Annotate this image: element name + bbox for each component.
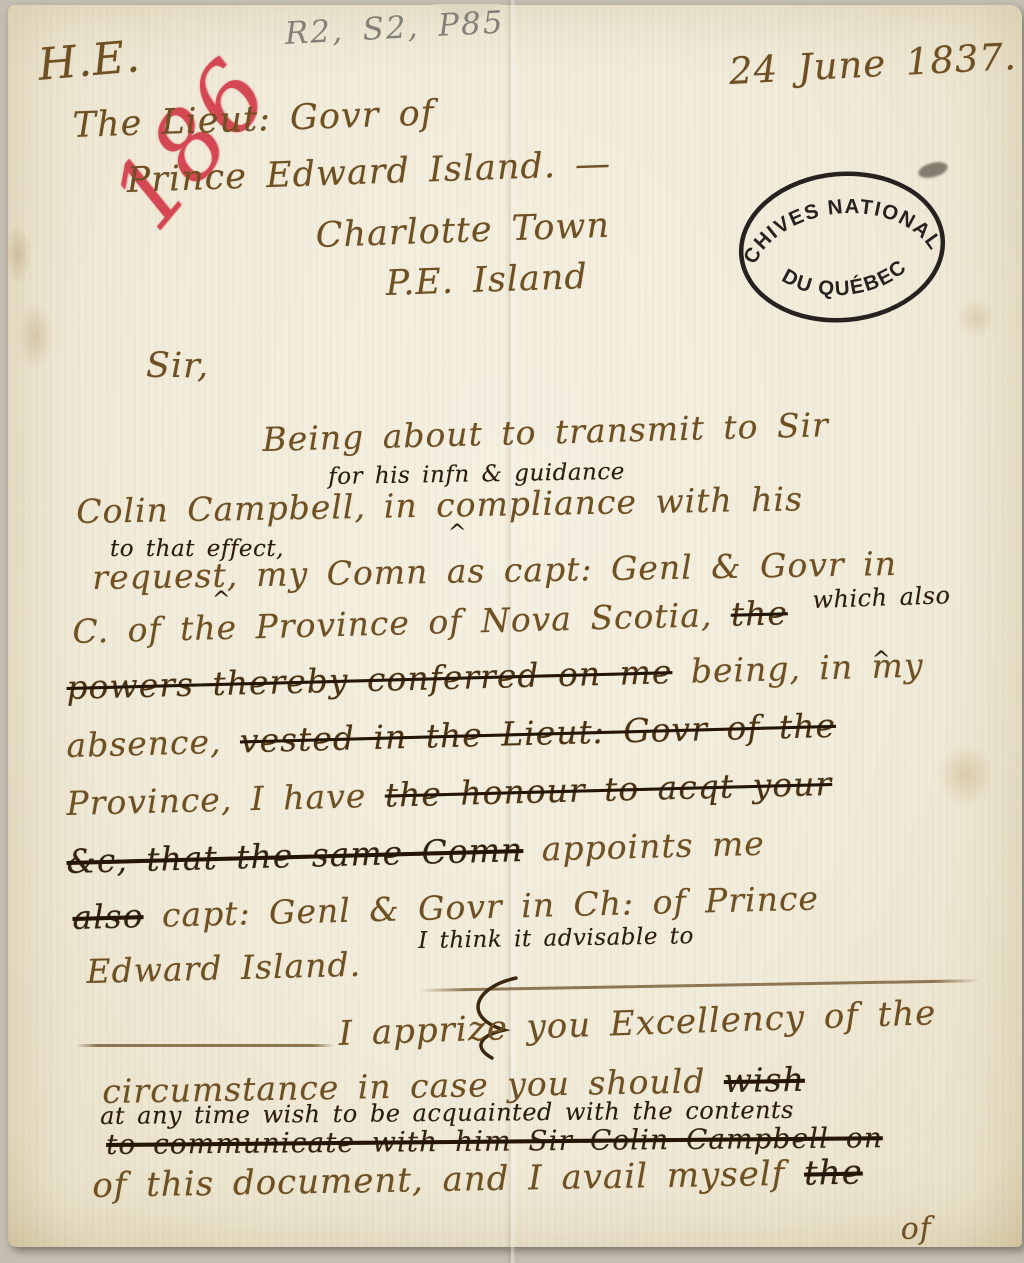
line-text: my Comn as capt: Genl & Govr in (256, 544, 897, 594)
manuscript-line: Being about to transmit to Sir (262, 405, 829, 459)
archival-pencil-reference: R2, S2, P85 (284, 4, 505, 51)
manuscript-line: &c, that the same Comn appoints me (66, 824, 765, 881)
manuscript-line: Colin Campbell,in compliance with his (76, 479, 803, 531)
manuscript-line: C. of the Province of Nova Scotia, the (72, 593, 788, 651)
address-line: Charlotte Town (315, 206, 611, 256)
line-text: being, in my (672, 646, 924, 692)
line-text: absence, (66, 721, 240, 765)
letter-date: 24 June 1837. (728, 35, 1018, 93)
struck-text: the (804, 1153, 863, 1194)
struck-text: the (730, 593, 788, 633)
line-text: C. of the Province of Nova Scotia, (72, 595, 731, 651)
line-text: in compliance with his (384, 479, 804, 525)
caret-mark: ^ (448, 521, 467, 546)
sender-initials: H.E. (36, 31, 143, 91)
line-text: Province, I have (66, 776, 385, 823)
interline-insertion: I think it advisable to (418, 923, 694, 954)
manuscript-line: absence, vested in the Lieut: Govr of th… (66, 706, 836, 765)
struck-text: also (72, 896, 144, 937)
manuscript-line: of this document, and I avail myself the (92, 1153, 863, 1206)
line-text: Colin Campbell, (76, 487, 366, 531)
interline-insertion: which also (812, 581, 951, 614)
line-text: Being about to transmit to Sir (262, 405, 829, 459)
salutation: Sir, (146, 346, 209, 386)
manuscript-line: Province, I have the honour to acqt your (66, 764, 833, 823)
line-text: appoints me (523, 824, 766, 869)
struck-text: powers thereby conferred on me (66, 652, 673, 707)
struck-text: vested in the Lieut: Govr of the (239, 706, 836, 761)
struck-text: the honour to acqt your (384, 764, 832, 815)
stamp-text-bottom: DU QUÉBEC (777, 254, 914, 306)
manuscript-line: I apprize you Excellency of the (338, 993, 937, 1054)
archives-stamp-oval: ARCHIVES NATIONALES DU QUÉBEC (726, 156, 957, 338)
line-text: I apprize you Excellency of the (338, 993, 937, 1054)
address-line: The Lieut: Govr of (72, 93, 435, 146)
flourish-rule (76, 1044, 334, 1047)
struck-text: wish (724, 1060, 806, 1100)
struck-text: &c, that the same Comn (66, 830, 524, 881)
manuscript-text-layer: H.E. R2, S2, P85 24 June 1837. 186 The L… (0, 0, 1024, 1263)
line-text: Edward Island. (86, 945, 362, 991)
scanned-letter-page: { "colors": { "paper": "#f1ebda", "ink_b… (0, 0, 1024, 1263)
manuscript-line: Edward Island. (86, 945, 362, 991)
manuscript-line: powers thereby conferred on me being, in… (66, 646, 924, 707)
line-text: of this document, and I avail myself (92, 1154, 804, 1206)
catchword: of (900, 1211, 932, 1247)
archives-stamp: ARCHIVES NATIONALES DU QUÉBEC (726, 156, 957, 338)
address-line: P.E. Island (385, 257, 588, 304)
svg-text:DU QUÉBEC: DU QUÉBEC (777, 254, 914, 306)
